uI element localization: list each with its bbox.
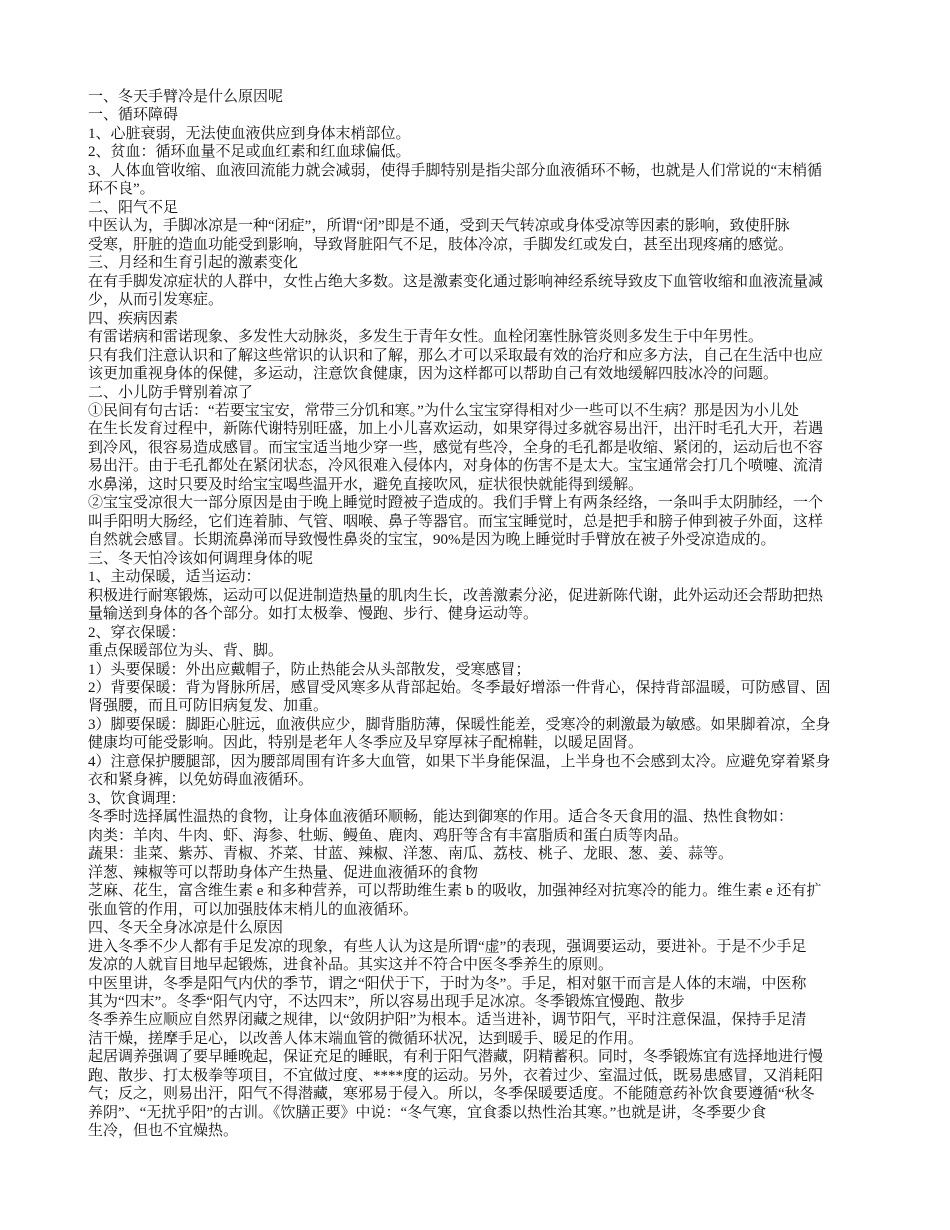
text-line: 三、月经和生育引起的激素变化 — [88, 254, 888, 272]
text-line: 进入冬季不少人都有手足发凉的现象，有些人认为这是所谓“虚”的表现，强调要运动，要… — [88, 938, 888, 956]
text-line: 有雷诺病和雷诺现象、多发性大动脉炎，多发生于青年女性。血栓闭塞性脉管炎则多发生于… — [88, 328, 888, 346]
text-line: 在有手脚发凉症状的人群中，女性占绝大多数。这是激素变化通过影响神经系统导致皮下血… — [88, 273, 888, 291]
text-line: 养阴”、“无扰乎阳”的古训。《饮膳正要》中说：“冬气寒，宜食黍以热性治其寒。”也… — [88, 1104, 888, 1122]
text-line: 肉类：羊肉、牛肉、虾、海参、牡蛎、鳗鱼、鹿肉、鸡肝等含有丰富脂质和蛋白质等肉品。 — [88, 827, 888, 845]
text-line: 1、心脏衰弱，无法使血液供应到身体末梢部位。 — [88, 125, 888, 143]
text-line: 1）头要保暖：外出应戴帽子，防止热能会从头部散发，受寒感冒； — [88, 661, 888, 679]
text-line: 蔬果：韭菜、紫苏、青椒、芥菜、甘蓝、辣椒、洋葱、南瓜、荔枝、桃子、龙眼、葱、姜、… — [88, 845, 888, 863]
text-line: 只有我们注意认识和了解这些常识的认识和了解，那么才可以采取最有效的治疗和应多方法… — [88, 347, 888, 365]
text-line: ②宝宝受凉很大一部分原因是由于晚上睡觉时蹬被子造成的。我们手臂上有两条经络，一条… — [88, 494, 888, 512]
text-line: 环不良”。 — [88, 180, 888, 198]
text-line: 一、冬天手臂冷是什么原因呢 — [88, 88, 888, 106]
text-line: 1、主动保暖，适当运动： — [88, 568, 888, 586]
text-line: 3）脚要保暖：脚距心脏远，血液供应少，脚背脂肪薄，保暖性能差，受寒冷的刺激最为敏… — [88, 716, 888, 734]
text-line: 受寒，肝脏的造血功能受到影响，导致肾脏阳气不足，肢体冷凉，手脚发红或发白，甚至出… — [88, 236, 888, 254]
text-line: 重点保暖部位为头、背、脚。 — [88, 642, 888, 660]
document-page: 一、冬天手臂冷是什么原因呢一、循环障碍1、心脏衰弱，无法使血液供应到身体末梢部位… — [0, 0, 950, 1230]
text-line: 3、饮食调理： — [88, 790, 888, 808]
text-line: 中医里讲，冬季是阳气内伏的季节，谓之“阳伏于下，于时为冬”。手足，相对躯干而言是… — [88, 975, 888, 993]
text-line: 其为“四末”。冬季“阳气内守，不达四末”，所以容易出现手足冰凉。冬季锻炼宜慢跑、… — [88, 993, 888, 1011]
text-line: 发凉的人就盲目地早起锻炼，进食补品。其实这并不符合中医冬季养生的原则。 — [88, 956, 888, 974]
text-line: 4）注意保护腰腿部，因为腰部周围有许多大血管，如果下半身能保温，上半身也不会感到… — [88, 753, 888, 771]
text-line: 气；反之，则易出汗，阳气不得潜藏，寒邪易于侵入。所以，冬季保暖要适度。不能随意药… — [88, 1085, 888, 1103]
text-line: 易出汗。由于毛孔都处在紧闭状态，冷风很难入侵体内，对身体的伤害不是太大。宝宝通常… — [88, 457, 888, 475]
text-line: 健康均可能受影响。因此，特别是老年人冬季应及早穿厚袜子配棉鞋，以暖足固肾。 — [88, 734, 888, 752]
text-line: 2、穿衣保暖： — [88, 624, 888, 642]
text-line: 该更加重视身体的保健，多运动，注意饮食健康，因为这样都可以帮助自己有效地缓解四肢… — [88, 365, 888, 383]
text-line: 一、循环障碍 — [88, 106, 888, 124]
text-line: 四、疾病因素 — [88, 310, 888, 328]
text-line: 洁干燥，搓摩手足心，以改善人体末端血管的微循环状况，达到暖手、暖足的作用。 — [88, 1030, 888, 1048]
text-line: 跑、散步、打太极拳等项目，不宜做过度、****度的运动。另外，衣着过少、室温过低… — [88, 1067, 888, 1085]
text-line: 张血管的作用，可以加强肢体末梢儿的血液循环。 — [88, 901, 888, 919]
text-line: 生冷，但也不宜燥热。 — [88, 1122, 888, 1140]
text-line: 中医认为，手脚冰凉是一种“闭症”，所谓“闭”即是不通，受到天气转凉或身体受凉等因… — [88, 217, 888, 235]
text-line: ①民间有句古话：“若要宝宝安，常带三分饥和寒。”为什么宝宝穿得相对少一些可以不生… — [88, 402, 888, 420]
text-line: 四、冬天全身冰凉是什么原因 — [88, 919, 888, 937]
text-line: 积极进行耐寒锻炼，运动可以促进制造热量的肌肉生长，改善激素分泌，促进新陈代谢，此… — [88, 587, 888, 605]
text-line: 芝麻、花生，富含维生素 e 和多种营养，可以帮助维生素 b 的吸收，加强神经对抗… — [88, 882, 888, 900]
text-line: 衣和紧身裤，以免妨碍血液循环。 — [88, 771, 888, 789]
text-line: 3、人体血管收缩、血液回流能力就会减弱，使得手脚特别是指尖部分血液循环不畅，也就… — [88, 162, 888, 180]
text-line: 冬季时选择属性温热的食物，让身体血液循环顺畅，能达到御寒的作用。适合冬天食用的温… — [88, 808, 888, 826]
text-line: 少，从而引发寒症。 — [88, 291, 888, 309]
article-text: 一、冬天手臂冷是什么原因呢一、循环障碍1、心脏衰弱，无法使血液供应到身体末梢部位… — [88, 88, 888, 1141]
text-line: 肾强腰，而且可防旧病复发、加重。 — [88, 697, 888, 715]
text-line: 到冷风，很容易造成感冒。而宝宝适当地少穿一些，感觉有些冷，全身的毛孔都是收缩、紧… — [88, 439, 888, 457]
text-line: 二、阳气不足 — [88, 199, 888, 217]
text-line: 2、贫血：循环血量不足或血红素和红血球偏低。 — [88, 143, 888, 161]
text-line: 量输送到身体的各个部分。如打太极拳、慢跑、步行、健身运动等。 — [88, 605, 888, 623]
text-line: 洋葱、辣椒等可以帮助身体产生热量、促进血液循环的食物 — [88, 864, 888, 882]
text-line: 2）背要保暖：背为肾脉所居，感冒受风寒多从背部起始。冬季最好增添一件背心，保持背… — [88, 679, 888, 697]
text-line: 自然就会感冒。长期流鼻涕而导致慢性鼻炎的宝宝，90%是因为晚上睡觉时手臂放在被子… — [88, 531, 888, 549]
text-line: 二、小儿防手臂别着凉了 — [88, 384, 888, 402]
text-line: 三、冬天怕冷该如何调理身体的呢 — [88, 550, 888, 568]
text-line: 冬季养生应顺应自然界闭藏之规律，以“敛阴护阳”为根本。适当进补，调节阳气，平时注… — [88, 1011, 888, 1029]
text-line: 水鼻涕，这时只要及时给宝宝喝些温开水，避免直接吹风，症状很快就能得到缓解。 — [88, 476, 888, 494]
text-line: 叫手阳明大肠经，它们连着肺、气管、咽喉、鼻子等器官。而宝宝睡觉时，总是把手和膀子… — [88, 513, 888, 531]
text-line: 起居调养强调了要早睡晚起，保证充足的睡眠，有利于阳气潜藏，阴精蓄积。同时，冬季锻… — [88, 1048, 888, 1066]
text-line: 在生长发育过程中，新陈代谢特别旺盛，加上小儿喜欢运动，如果穿得过多就容易出汗，出… — [88, 420, 888, 438]
